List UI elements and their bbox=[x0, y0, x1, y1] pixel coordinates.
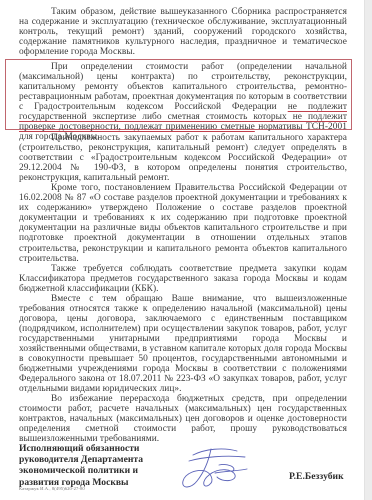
document-body-rest: Принадлежность закупаемых работ к работа… bbox=[19, 133, 347, 444]
position-line: руководителя Департамента bbox=[19, 454, 143, 465]
paragraph-classifier-codes: Также требуется соблюдать соответствие п… bbox=[19, 264, 347, 294]
position-line: Исполняющий обязанности bbox=[19, 443, 143, 454]
paragraph-budget-overspend: Во избежание перерасхода бюджетных средс… bbox=[19, 394, 347, 444]
document-body-main: При определении стоимости работ (определ… bbox=[19, 62, 347, 142]
signatory-position: Исполняющий обязанности руководителя Деп… bbox=[19, 443, 143, 488]
paragraph-maintenance-scope: Таким образом, действие вышеуказанного С… bbox=[19, 7, 347, 57]
signer-name: Р.Е.Беззубик bbox=[289, 471, 344, 482]
page-edge bbox=[364, 0, 372, 500]
contact-line: Катаржук И.А., 8(495)620-27-80 bbox=[19, 486, 85, 491]
position-line: экономической политики и bbox=[19, 465, 143, 476]
paragraph-tsn-2001-requirement: При определении стоимости работ (определ… bbox=[19, 62, 347, 142]
document-body-top: Таким образом, действие вышеуказанного С… bbox=[19, 7, 347, 57]
paragraph-223-fz: Вместе с тем обращаю Ваше внимание, что … bbox=[19, 294, 347, 394]
paragraph-capital-works: Принадлежность закупаемых работ к работа… bbox=[19, 133, 347, 183]
document-page: Таким образом, действие вышеуказанного С… bbox=[0, 0, 364, 500]
paragraph-government-decree: Кроме того, постановлением Правительства… bbox=[19, 183, 347, 263]
handwritten-signature-icon bbox=[175, 443, 255, 491]
